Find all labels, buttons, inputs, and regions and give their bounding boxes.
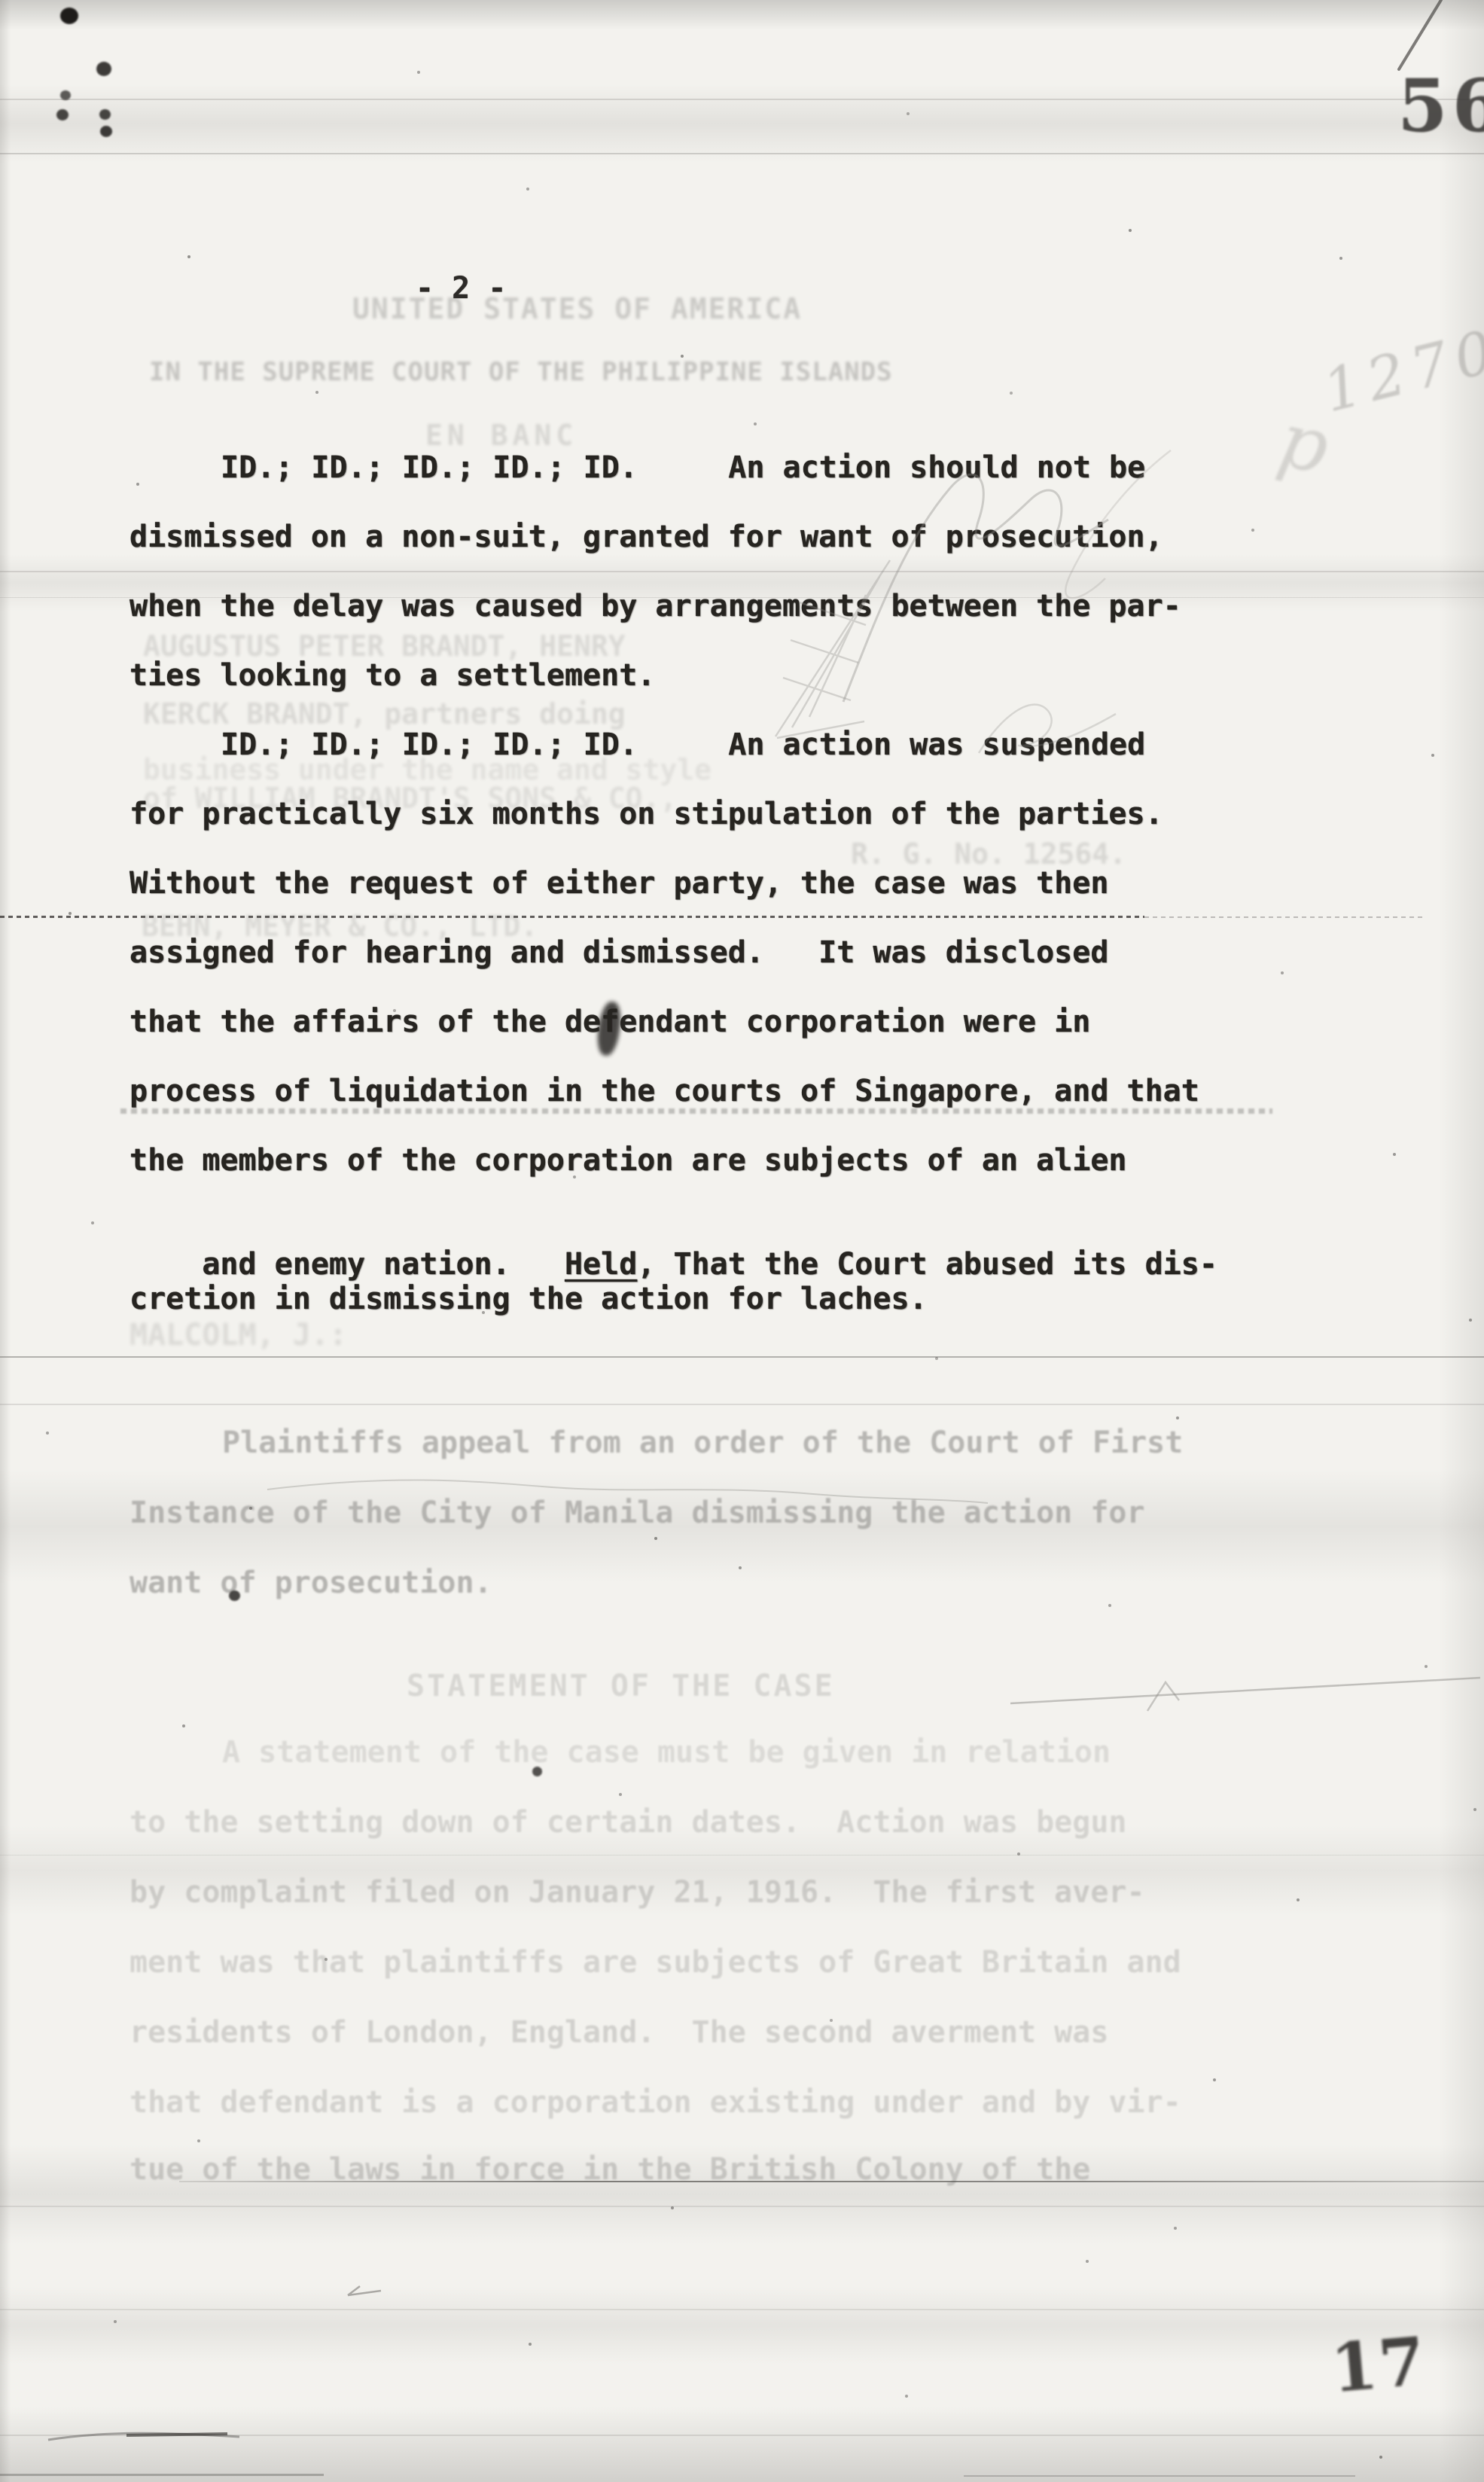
pencil-note-p: p <box>1272 395 1337 492</box>
ink-dot <box>100 126 112 137</box>
top-edge-shading <box>0 0 1484 30</box>
ghost-dashed-separator <box>120 1108 1272 1114</box>
scan-streak <box>0 153 1484 154</box>
paper-specks <box>0 0 2 2</box>
scan-streak <box>0 2206 1484 2207</box>
ghost-header-line2: IN THE SUPREME COURT OF THE PHILIPPINE I… <box>149 357 893 387</box>
bottom-edge-shading <box>0 2407 1484 2482</box>
ink-dot <box>56 109 69 120</box>
opinion-line: by complaint filed on January 21, 1916. … <box>130 1875 1145 1910</box>
ink-dot <box>96 62 111 76</box>
scan-streak <box>0 99 1484 100</box>
ink-dot <box>99 109 111 120</box>
syllabus-line: that the affairs of the defendant corpor… <box>130 1005 1090 1039</box>
ghost-caption-line2: KERCK BRANDT, partners doing <box>143 697 626 730</box>
syllabus-text: , That the Court abused its dis- <box>637 1247 1217 1282</box>
pencil-strike-line <box>1010 1678 1480 1703</box>
syllabus-line: Without the request of either party, the… <box>130 866 1108 901</box>
pencil-check-mark <box>1147 1682 1179 1711</box>
syllabus-line: when the delay was caused by arrangement… <box>130 589 1181 624</box>
opinion-line: A statement of the case must be given in… <box>222 1735 1111 1770</box>
ink-dot <box>60 8 78 24</box>
syllabus-line: ID.; ID.; ID.; ID.; ID. An action was su… <box>221 727 1145 762</box>
opinion-line: residents of London, England. The second… <box>130 2015 1108 2050</box>
held-underlined: Held <box>565 1247 637 1282</box>
dark-dotted-line-fade <box>1144 916 1423 918</box>
ink-dot <box>60 90 71 100</box>
scan-streak <box>0 1404 1484 1405</box>
scan-rule <box>0 1356 1484 1358</box>
cursive-scribble <box>843 474 1108 702</box>
scan-streak <box>0 2435 1484 2436</box>
syllabus-line: ties looking to a settlement. <box>130 658 655 693</box>
syllabus-line: for practically six months on stipulatio… <box>130 797 1163 831</box>
bottom-rule-segment <box>964 2475 1355 2477</box>
opinion-line: want of prosecution. <box>130 1566 492 1600</box>
opinion-line: to the setting down of certain dates. Ac… <box>130 1805 1127 1840</box>
opinion-line: tue of the laws in force in the British … <box>130 2152 1090 2187</box>
syllabus-line: assigned for hearing and dismissed. It w… <box>130 935 1108 970</box>
pen-stroke-top-right <box>1399 0 1441 69</box>
page-stamp-56: 56 <box>1397 63 1484 148</box>
ghost-header-line1: UNITED STATES OF AMERICA <box>352 292 802 325</box>
judge-name: MALCOLM, J.: <box>130 1318 347 1352</box>
ink-note-17: 17 <box>1328 2322 1430 2408</box>
syllabus-text: and enemy nation. <box>202 1247 565 1282</box>
scan-streak <box>0 571 1484 572</box>
scan-band <box>0 84 1484 163</box>
syllabus-line: ID.; ID.; ID.; ID.; ID. An action should… <box>221 450 1145 485</box>
scan-band <box>0 2286 1484 2365</box>
syllabus-line: cretion in dismissing the action for lac… <box>130 1282 928 1316</box>
opinion-line: Instance of the City of Manila dismissin… <box>130 1496 1145 1530</box>
pencil-arrow <box>348 2286 381 2295</box>
left-edge-shading <box>0 0 11 2482</box>
opinion-line: that defendant is a corporation existing… <box>130 2085 1181 2120</box>
opinion-line: ment was that plaintiffs are subjects of… <box>130 1945 1181 1980</box>
hatched-wedge <box>776 560 890 738</box>
syllabus-line: process of liquidation in the courts of … <box>130 1074 1199 1108</box>
syllabus-line: the members of the corporation are subje… <box>130 1143 1127 1178</box>
document-scan-page: 56 1270 p - 2 - UNITED STATES OF AMERICA… <box>0 0 1484 2482</box>
scan-streak <box>0 2309 1484 2310</box>
ghost-header-line3: EN BANC <box>425 419 577 452</box>
statement-heading: STATEMENT OF THE CASE <box>407 1669 835 1703</box>
syllabus-line: dismissed on a non-suit, granted for wan… <box>130 520 1163 554</box>
opinion-line: Plaintiffs appeal from an order of the C… <box>222 1425 1183 1460</box>
bottom-rule-segment <box>0 2474 324 2476</box>
scan-streak <box>0 1855 1484 1855</box>
